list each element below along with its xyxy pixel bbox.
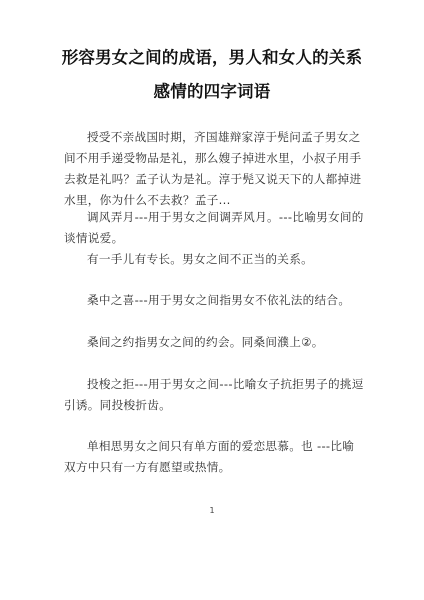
document-page: 形容男女之间的成语，男人和女人的关系 感情的四字词语 授受不亲战国时期，齐国雄辩… — [0, 0, 424, 600]
document-title-line-2: 感情的四字词语 — [0, 78, 424, 102]
paragraph-tousuo-zhiju: 投梭之拒---用于男女之间---比喻女子抗拒男子的挑逗引诱。同投梭折齿。 — [64, 374, 364, 416]
page-number: 1 — [0, 506, 424, 515]
paragraph-sangzhong-zhixi: 桑中之喜---用于男女之间指男女不依礼法的结合。 — [64, 290, 364, 311]
paragraph-shoushou-buqin: 授受不亲战国时期，齐国雄辩家淳于髡问孟子男女之间不用手递受物品是礼，那么嫂子掉进… — [64, 127, 364, 211]
paragraph-you-yi-shou: 有一手儿有专长。男女之间不正当的关系。 — [64, 249, 364, 270]
paragraph-sangjian-zhiyue: 桑间之约指男女之间的约会。同桑间濮上②。 — [64, 332, 364, 353]
paragraph-danxiangsi: 单相思男女之间只有单方面的爱恋思慕。也 ---比喻双方中只有一方有愿望或热情。 — [64, 436, 364, 478]
document-title-line-1: 形容男女之间的成语，男人和女人的关系 — [0, 44, 424, 68]
paragraph-tiaofeng-nongyue: 调风弄月---用于男女之间调弄风月。---比喻男女间的谈情说爱。 — [64, 207, 364, 249]
